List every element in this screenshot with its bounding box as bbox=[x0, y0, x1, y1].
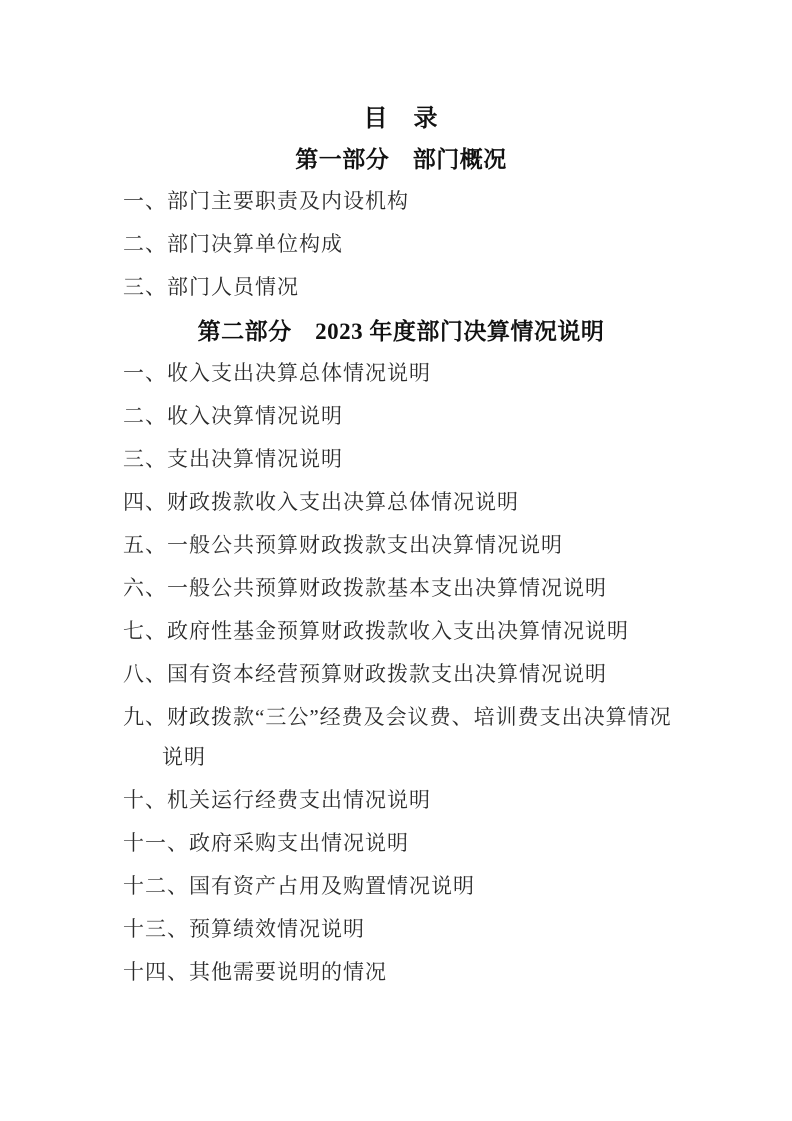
toc-list-part-1: 一、部门主要职责及内设机构 二、部门决算单位构成 三、部门人员情况 bbox=[123, 181, 679, 307]
toc-item-label: 八、国有资本经营预算财政拨款支出决算情况说明 bbox=[123, 662, 607, 686]
toc-item-label-continued: 说明 bbox=[162, 737, 679, 777]
toc-item-label: 一、收入支出决算总体情况说明 bbox=[123, 361, 431, 385]
toc-item: 一、收入支出决算总体情况说明 bbox=[123, 353, 679, 393]
toc-item-label: 二、收入决算情况说明 bbox=[123, 404, 343, 428]
toc-item: 六、一般公共预算财政拨款基本支出决算情况说明 bbox=[123, 568, 679, 608]
section-part-1: 第一部分 部门概况 一、部门主要职责及内设机构 二、部门决算单位构成 三、部门人… bbox=[123, 145, 679, 307]
page-title: 目 录 bbox=[123, 103, 679, 135]
toc-item-label: 七、政府性基金预算财政拨款收入支出决算情况说明 bbox=[123, 619, 629, 643]
toc-item: 二、部门决算单位构成 bbox=[123, 224, 679, 264]
toc-item: 十二、国有资产占用及购置情况说明 bbox=[123, 866, 679, 906]
toc-item: 三、支出决算情况说明 bbox=[123, 439, 679, 479]
toc-item-label: 一、部门主要职责及内设机构 bbox=[123, 189, 409, 213]
toc-item-label: 二、部门决算单位构成 bbox=[123, 232, 343, 256]
toc-item: 二、收入决算情况说明 bbox=[123, 396, 679, 436]
toc-item: 十、机关运行经费支出情况说明 bbox=[123, 780, 679, 820]
toc-item-label: 十四、其他需要说明的情况 bbox=[123, 960, 387, 984]
section-part-2: 第二部分 2023 年度部门决算情况说明 一、收入支出决算总体情况说明 二、收入… bbox=[123, 317, 679, 992]
toc-item: 五、一般公共预算财政拨款支出决算情况说明 bbox=[123, 525, 679, 565]
toc-list-part-2: 一、收入支出决算总体情况说明 二、收入决算情况说明 三、支出决算情况说明 四、财… bbox=[123, 353, 679, 992]
toc-item-label: 五、一般公共预算财政拨款支出决算情况说明 bbox=[123, 533, 563, 557]
section-2-heading: 第二部分 2023 年度部门决算情况说明 bbox=[123, 317, 679, 347]
toc-item-label: 十二、国有资产占用及购置情况说明 bbox=[123, 874, 475, 898]
toc-item: 一、部门主要职责及内设机构 bbox=[123, 181, 679, 221]
toc-item: 九、财政拨款“三公”经费及会议费、培训费支出决算情况 说明 bbox=[123, 697, 679, 777]
toc-item-label: 十一、政府采购支出情况说明 bbox=[123, 831, 409, 855]
toc-item-label: 十三、预算绩效情况说明 bbox=[123, 917, 365, 941]
toc-item: 十三、预算绩效情况说明 bbox=[123, 909, 679, 949]
toc-item-label: 四、财政拨款收入支出决算总体情况说明 bbox=[123, 490, 519, 514]
toc-item: 八、国有资本经营预算财政拨款支出决算情况说明 bbox=[123, 654, 679, 694]
section-1-heading: 第一部分 部门概况 bbox=[123, 145, 679, 175]
toc-page: 目 录 第一部分 部门概况 一、部门主要职责及内设机构 二、部门决算单位构成 三… bbox=[0, 0, 792, 1121]
toc-item: 十一、政府采购支出情况说明 bbox=[123, 823, 679, 863]
toc-item: 四、财政拨款收入支出决算总体情况说明 bbox=[123, 482, 679, 522]
toc-item: 十四、其他需要说明的情况 bbox=[123, 952, 679, 992]
toc-item: 七、政府性基金预算财政拨款收入支出决算情况说明 bbox=[123, 611, 679, 651]
toc-item-label: 三、部门人员情况 bbox=[123, 275, 299, 299]
toc-item-label: 九、财政拨款“三公”经费及会议费、培训费支出决算情况 bbox=[123, 705, 672, 729]
toc-item-label: 十、机关运行经费支出情况说明 bbox=[123, 788, 431, 812]
toc-item-label: 六、一般公共预算财政拨款基本支出决算情况说明 bbox=[123, 576, 607, 600]
toc-item: 三、部门人员情况 bbox=[123, 267, 679, 307]
toc-item-label: 三、支出决算情况说明 bbox=[123, 447, 343, 471]
